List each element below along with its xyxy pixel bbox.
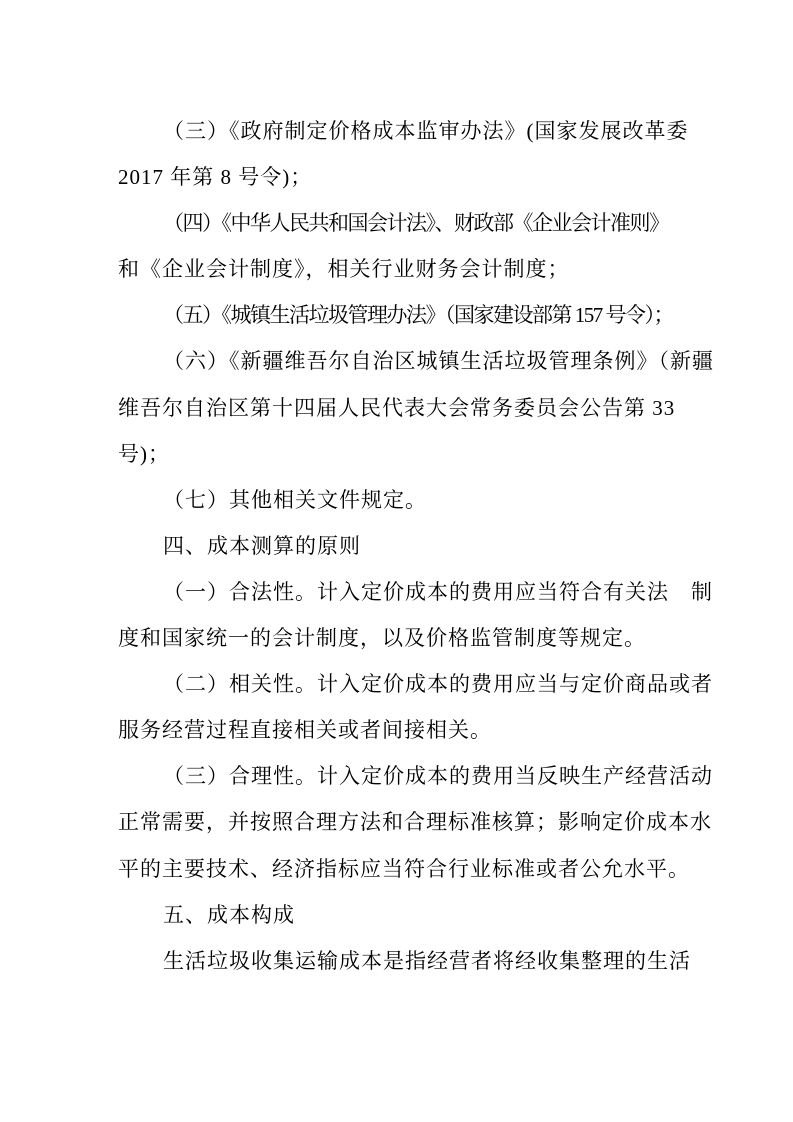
text-line: 和《企业会计制度》，相关行业财务会计制度；	[118, 246, 793, 292]
text-line: 五、成本构成	[118, 892, 793, 938]
text-line: （二）相关性。计入定价成本的费用应当与定价商品或者	[118, 661, 793, 707]
text-line: （一）合法性。计入定价成本的费用应当符合有关法 制	[118, 569, 793, 615]
text-line: 生活垃圾收集运输成本是指经营者将经收集整理的生活	[118, 938, 793, 984]
document-page: （三）《政府制定价格成本监审办法》(国家发展改革委 2017 年第 8 号令)；…	[0, 0, 793, 1122]
text-line: （六）《新疆维吾尔自治区城镇生活垃圾管理条例》（新疆	[118, 338, 793, 384]
text-line: 正常需要，并按照合理方法和合理标准核算；影响定价成本水	[118, 799, 793, 845]
text-line: 维吾尔自治区第十四届人民代表大会常务委员会公告第 33	[118, 385, 793, 431]
text-line: 号)；	[118, 431, 793, 477]
text-line: 平的主要技术、经济指标应当符合行业标准或者公允水平。	[118, 846, 793, 892]
text-line: 服务经营过程直接相关或者间接相关。	[118, 707, 793, 753]
text-line: （四）《中华人民共和国会计法》、财政部《企业会计准则》	[118, 200, 793, 246]
text-line: （七）其他相关文件规定。	[118, 477, 793, 523]
text-line: 2017 年第 8 号令)；	[118, 154, 793, 200]
text-line: （五）《城镇生活垃圾管理办法》（国家建设部第 157 号令）；	[118, 292, 793, 338]
text-line: 度和国家统一的会计制度，以及价格监管制度等规定。	[118, 615, 793, 661]
text-line: 四、成本测算的原则	[118, 523, 793, 569]
text-line: （三）合理性。计入定价成本的费用当反映生产经营活动	[118, 753, 793, 799]
text-line: （三）《政府制定价格成本监审办法》(国家发展改革委	[118, 108, 793, 154]
